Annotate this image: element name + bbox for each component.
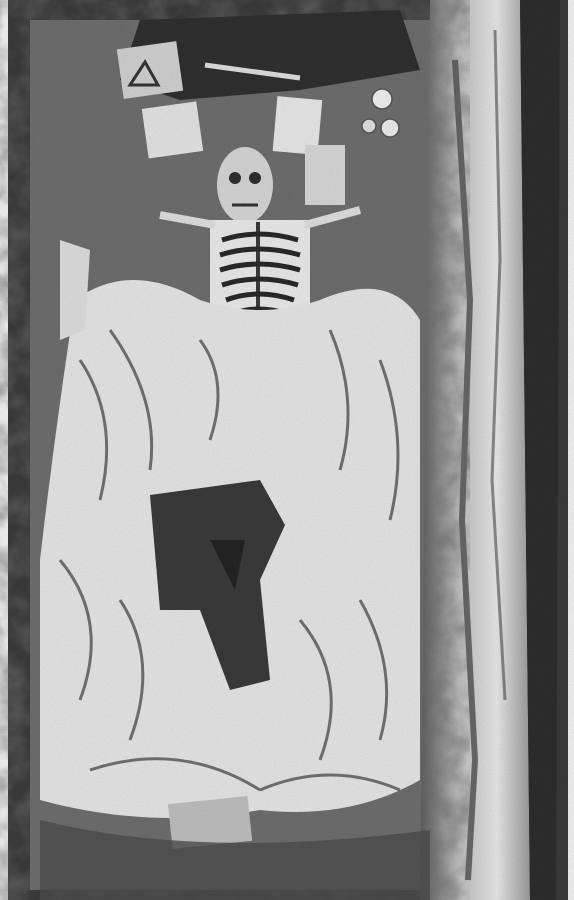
small-object-triangle-plaque [117,41,183,99]
stone-block-lower [305,145,345,205]
coffin-right-wall [420,0,560,900]
skeleton-ribcage [210,220,310,320]
burial-photograph [0,0,574,900]
skeleton-skull [217,147,273,223]
stone-block-left [142,101,203,158]
